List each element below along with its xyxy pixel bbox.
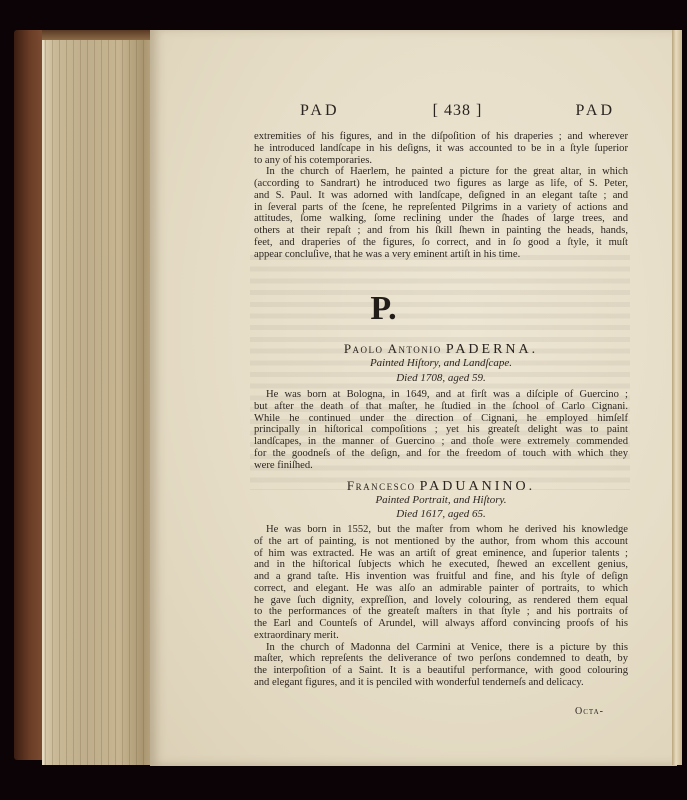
running-head-right: PAD [575,102,615,120]
text-line: attitudes, ſome walking, ſome reclining … [254,213,628,225]
surname: PADERNA. [446,342,538,357]
text-line: of him was extracted. He was an artiſt o… [254,548,628,560]
text-line: principally in hiſtorical compoſitions ;… [254,424,628,436]
text-line: maſter, which repreſents the deliverance… [254,653,628,665]
text-line: In the church of Madonna del Carmini at … [254,642,628,654]
text-line: were finiſhed. [254,460,628,472]
text-line: and elegant figures, and it is penciled … [254,677,628,689]
text-line: feet, and draperies of the figures, ſo c… [254,237,628,249]
entry-body-paderna: He was born at Bologna, in 1649, and at … [254,389,628,471]
given-name: Paolo Antonio [344,341,442,356]
text-line: others at their repaſt ; and from his ſk… [254,225,628,237]
page-top-shadow [150,26,677,30]
text-line: and a grand taſte. His invention was fru… [254,571,628,583]
text-line: the interpoſition of a Saint. It is a be… [254,665,628,677]
text-line: He was born at Bologna, in 1649, and at … [254,389,628,401]
entry-title-paduanino: Francesco PADUANINO. [254,477,628,495]
text-line: correct, and elegant. He was alſo an adm… [254,583,628,595]
text-line: for the goodneſs of the deſign, and for … [254,448,628,460]
text-line: of the art of painting, is not mentioned… [254,536,628,548]
entry-dates: Died 1617, aged 65. [254,508,628,520]
text-line: he introduced landſcape in his deſigns, … [254,143,628,155]
text-line: extremities of his figures, and in the d… [254,131,628,143]
page-edge-stack [42,30,152,765]
text-line: he gave ſuch dignity, expreſſion, and lo… [254,595,628,607]
text-line: (according to Sandrart) he introduced tw… [254,178,628,190]
text-line: extraordinary merit. [254,630,628,642]
text-line: In the church of Haerlem, he painted a p… [254,166,628,178]
catchword: Octa- [575,706,604,717]
page-number: [ 438 ] [433,102,483,120]
section-letter-heading: P. [20,290,687,328]
running-head: PAD [ 438 ] PAD [300,102,615,120]
entry-dates: Died 1708, aged 59. [254,372,628,384]
book-scan: PAD [ 438 ] PAD extremities of his figur… [0,0,687,800]
entry-subtitle: Painted Portrait, and Hiſtory. [254,494,628,506]
entry-subtitle: Painted Hiſtory, and Landſcape. [254,357,628,369]
text-line: to the performances of the greateſt maſt… [254,606,628,618]
surname: PADUANINO. [420,479,535,494]
text-line: appear concluſive, that he was a very em… [254,249,628,261]
text-line: He was born in 1552, but the maſter from… [254,524,628,536]
running-head-left: PAD [300,102,340,120]
text-line: landſcapes, in the manner of Guercino ; … [254,436,628,448]
text-line: to any of his cotemporaries. [254,155,628,167]
text-line: the Earl and Counteſs of Arundel, will a… [254,618,628,630]
facing-page-edge [672,30,682,765]
given-name: Francesco [347,478,416,493]
text-line: While he continued under the direction o… [254,413,628,425]
entry-title-paderna: Paolo Antonio PADERNA. [254,340,628,358]
text-line: and in the hiſtorical ſubjects which he … [254,559,628,571]
text-line: and S. Paul. It was adorned with landſca… [254,190,628,202]
text-line: in ſeveral parts of the ſcene, he repreſ… [254,202,628,214]
text-line: but after the death of that maſter, he ſ… [254,401,628,413]
entry-body-paduanino: He was born in 1552, but the maſter from… [254,524,628,689]
page-stack-top-edge [42,30,152,40]
continuation-text: extremities of his figures, and in the d… [254,131,628,260]
